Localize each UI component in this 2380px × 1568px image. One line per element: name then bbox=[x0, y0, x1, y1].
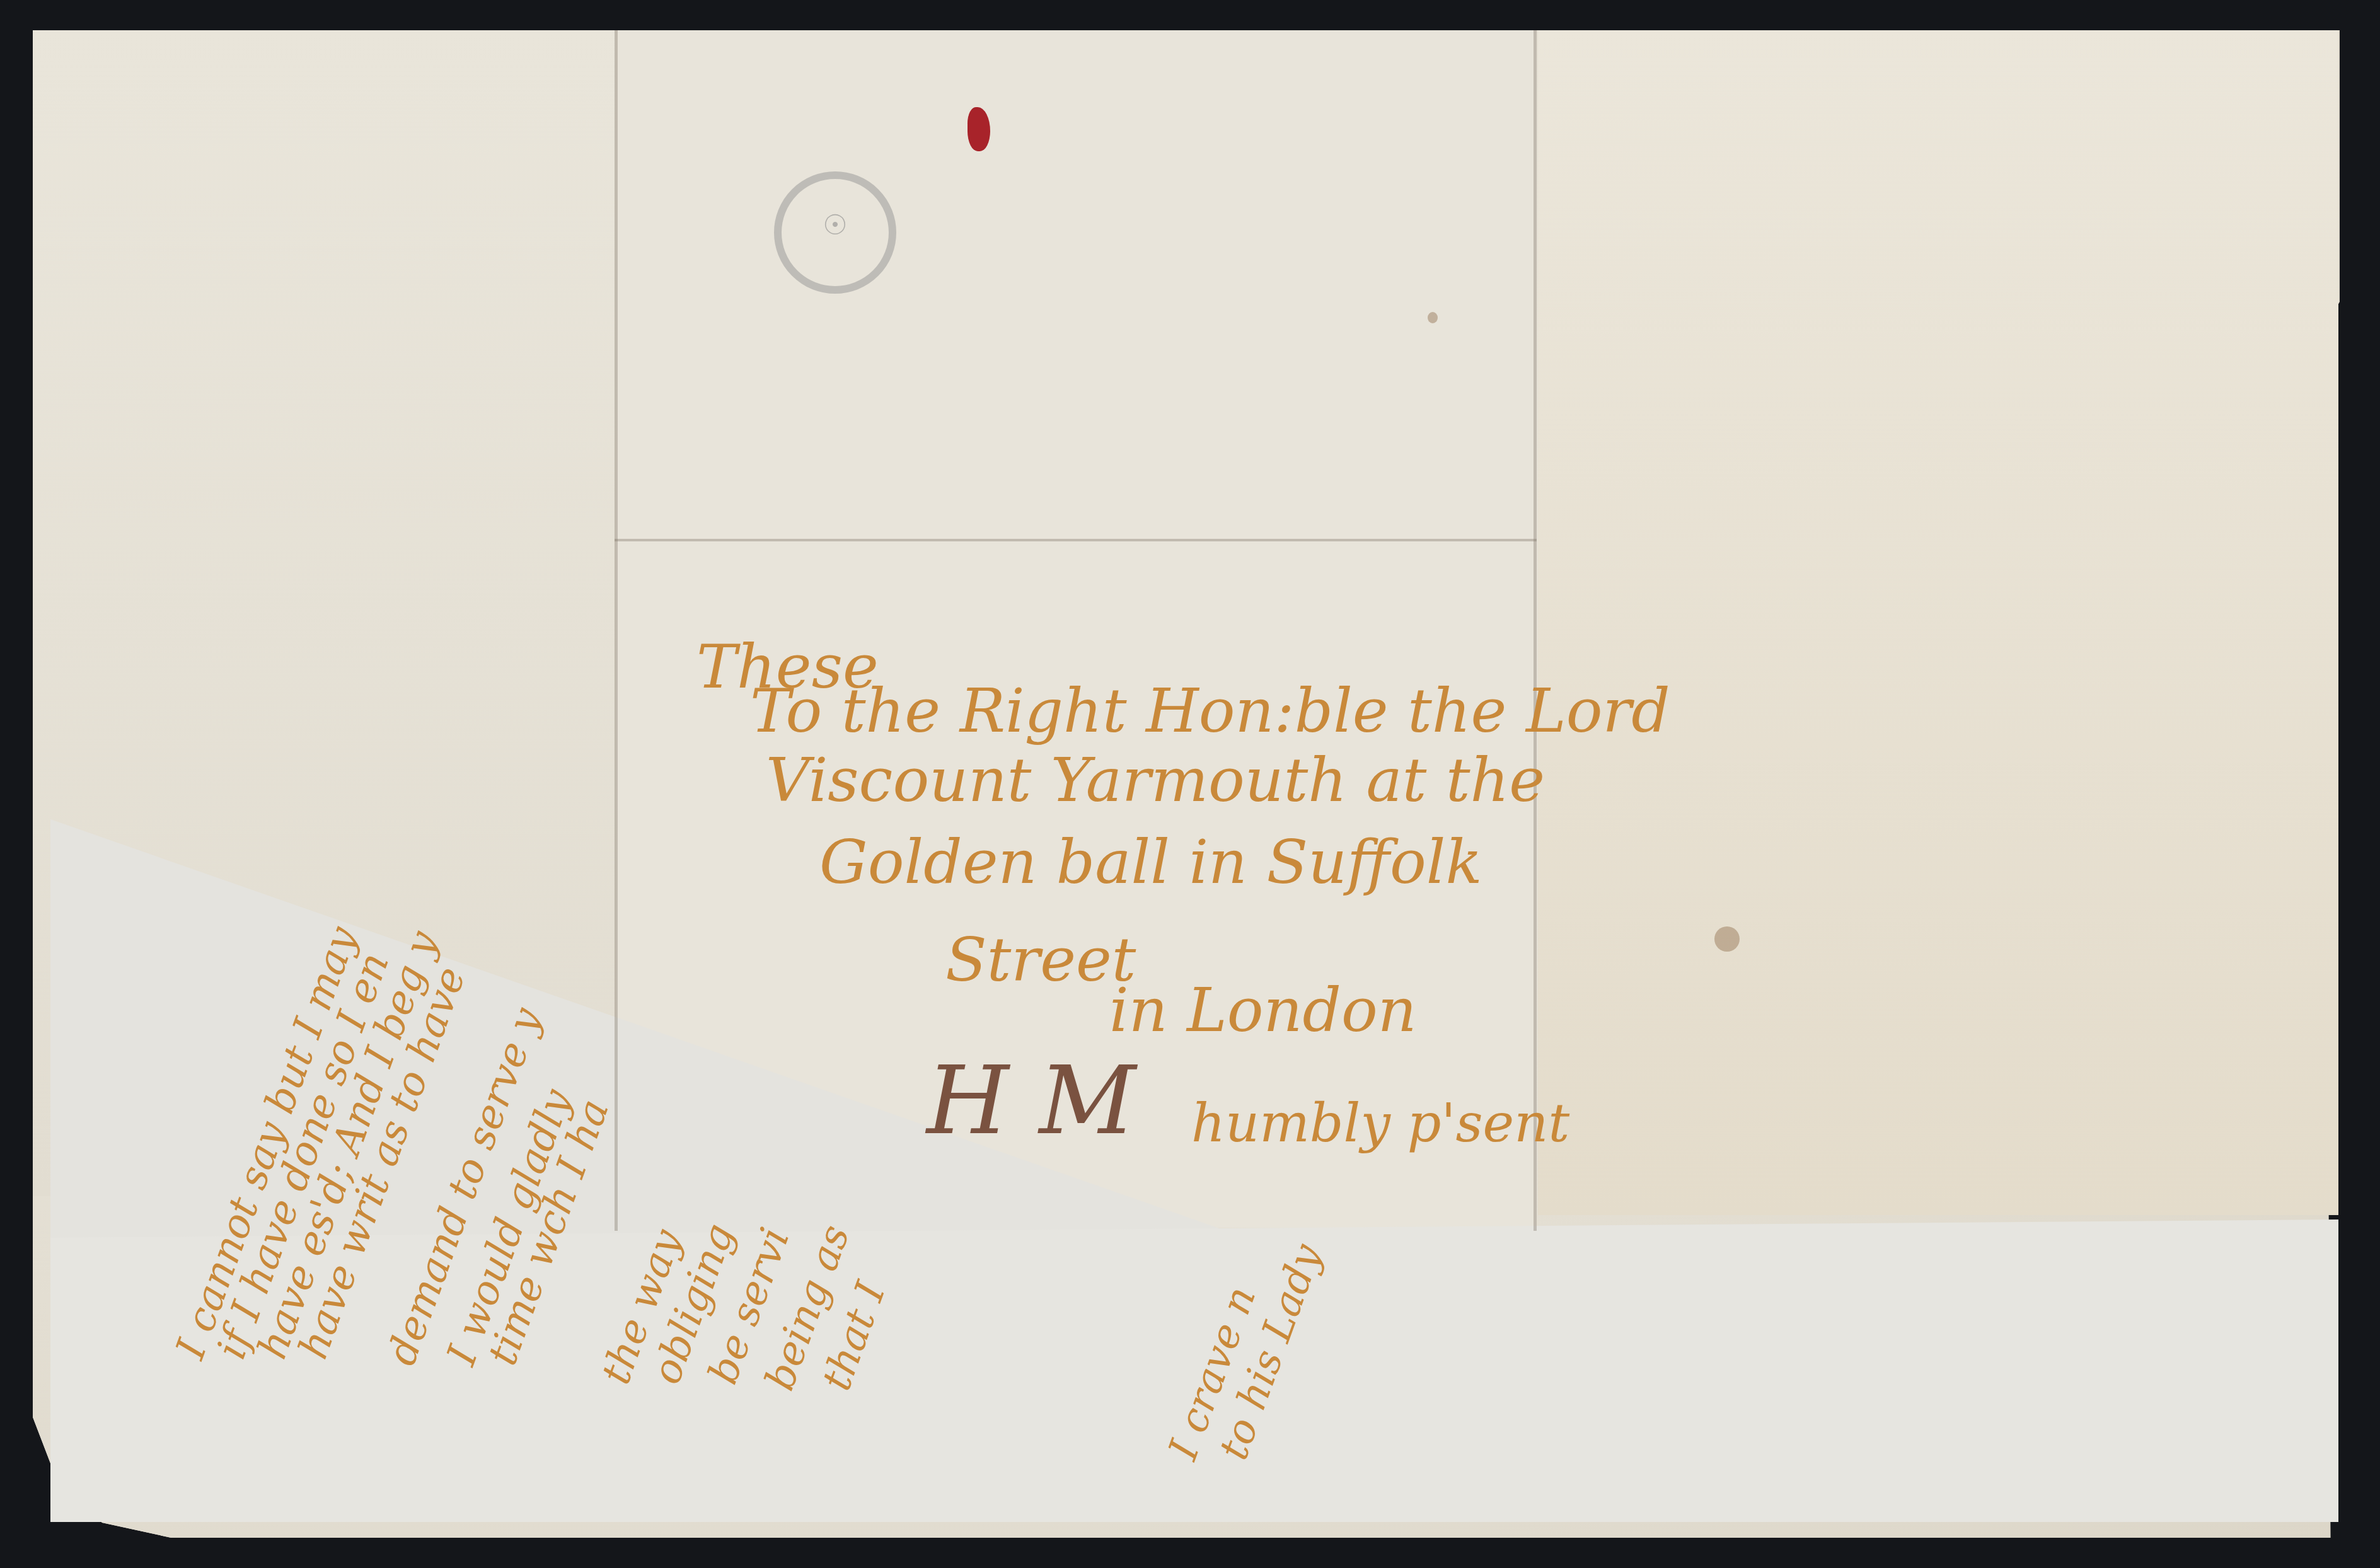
right-panel bbox=[1538, 30, 2338, 1215]
fold-line-left bbox=[615, 30, 618, 1231]
endorsement-text: humbly p'sent bbox=[1191, 1097, 1569, 1150]
postmark-icon: ☉ bbox=[782, 209, 889, 241]
address-line-5: Street bbox=[945, 930, 1136, 990]
address-line-2: To the Right Hon:ble the Lord bbox=[750, 681, 1670, 741]
address-line-6: in London bbox=[1109, 980, 1417, 1041]
ink-stain bbox=[1714, 926, 1740, 952]
postmark-stamp: ☉ bbox=[774, 171, 896, 294]
address-line-3: Viscount Yarmouth at the bbox=[766, 750, 1545, 810]
fold-line-horizontal bbox=[615, 539, 1537, 541]
ink-stain bbox=[1428, 312, 1438, 323]
address-line-4: Golden ball in Suffolk bbox=[819, 832, 1482, 892]
fold-line-right bbox=[1534, 30, 1537, 1231]
signature-mark: H M bbox=[927, 1046, 1136, 1156]
